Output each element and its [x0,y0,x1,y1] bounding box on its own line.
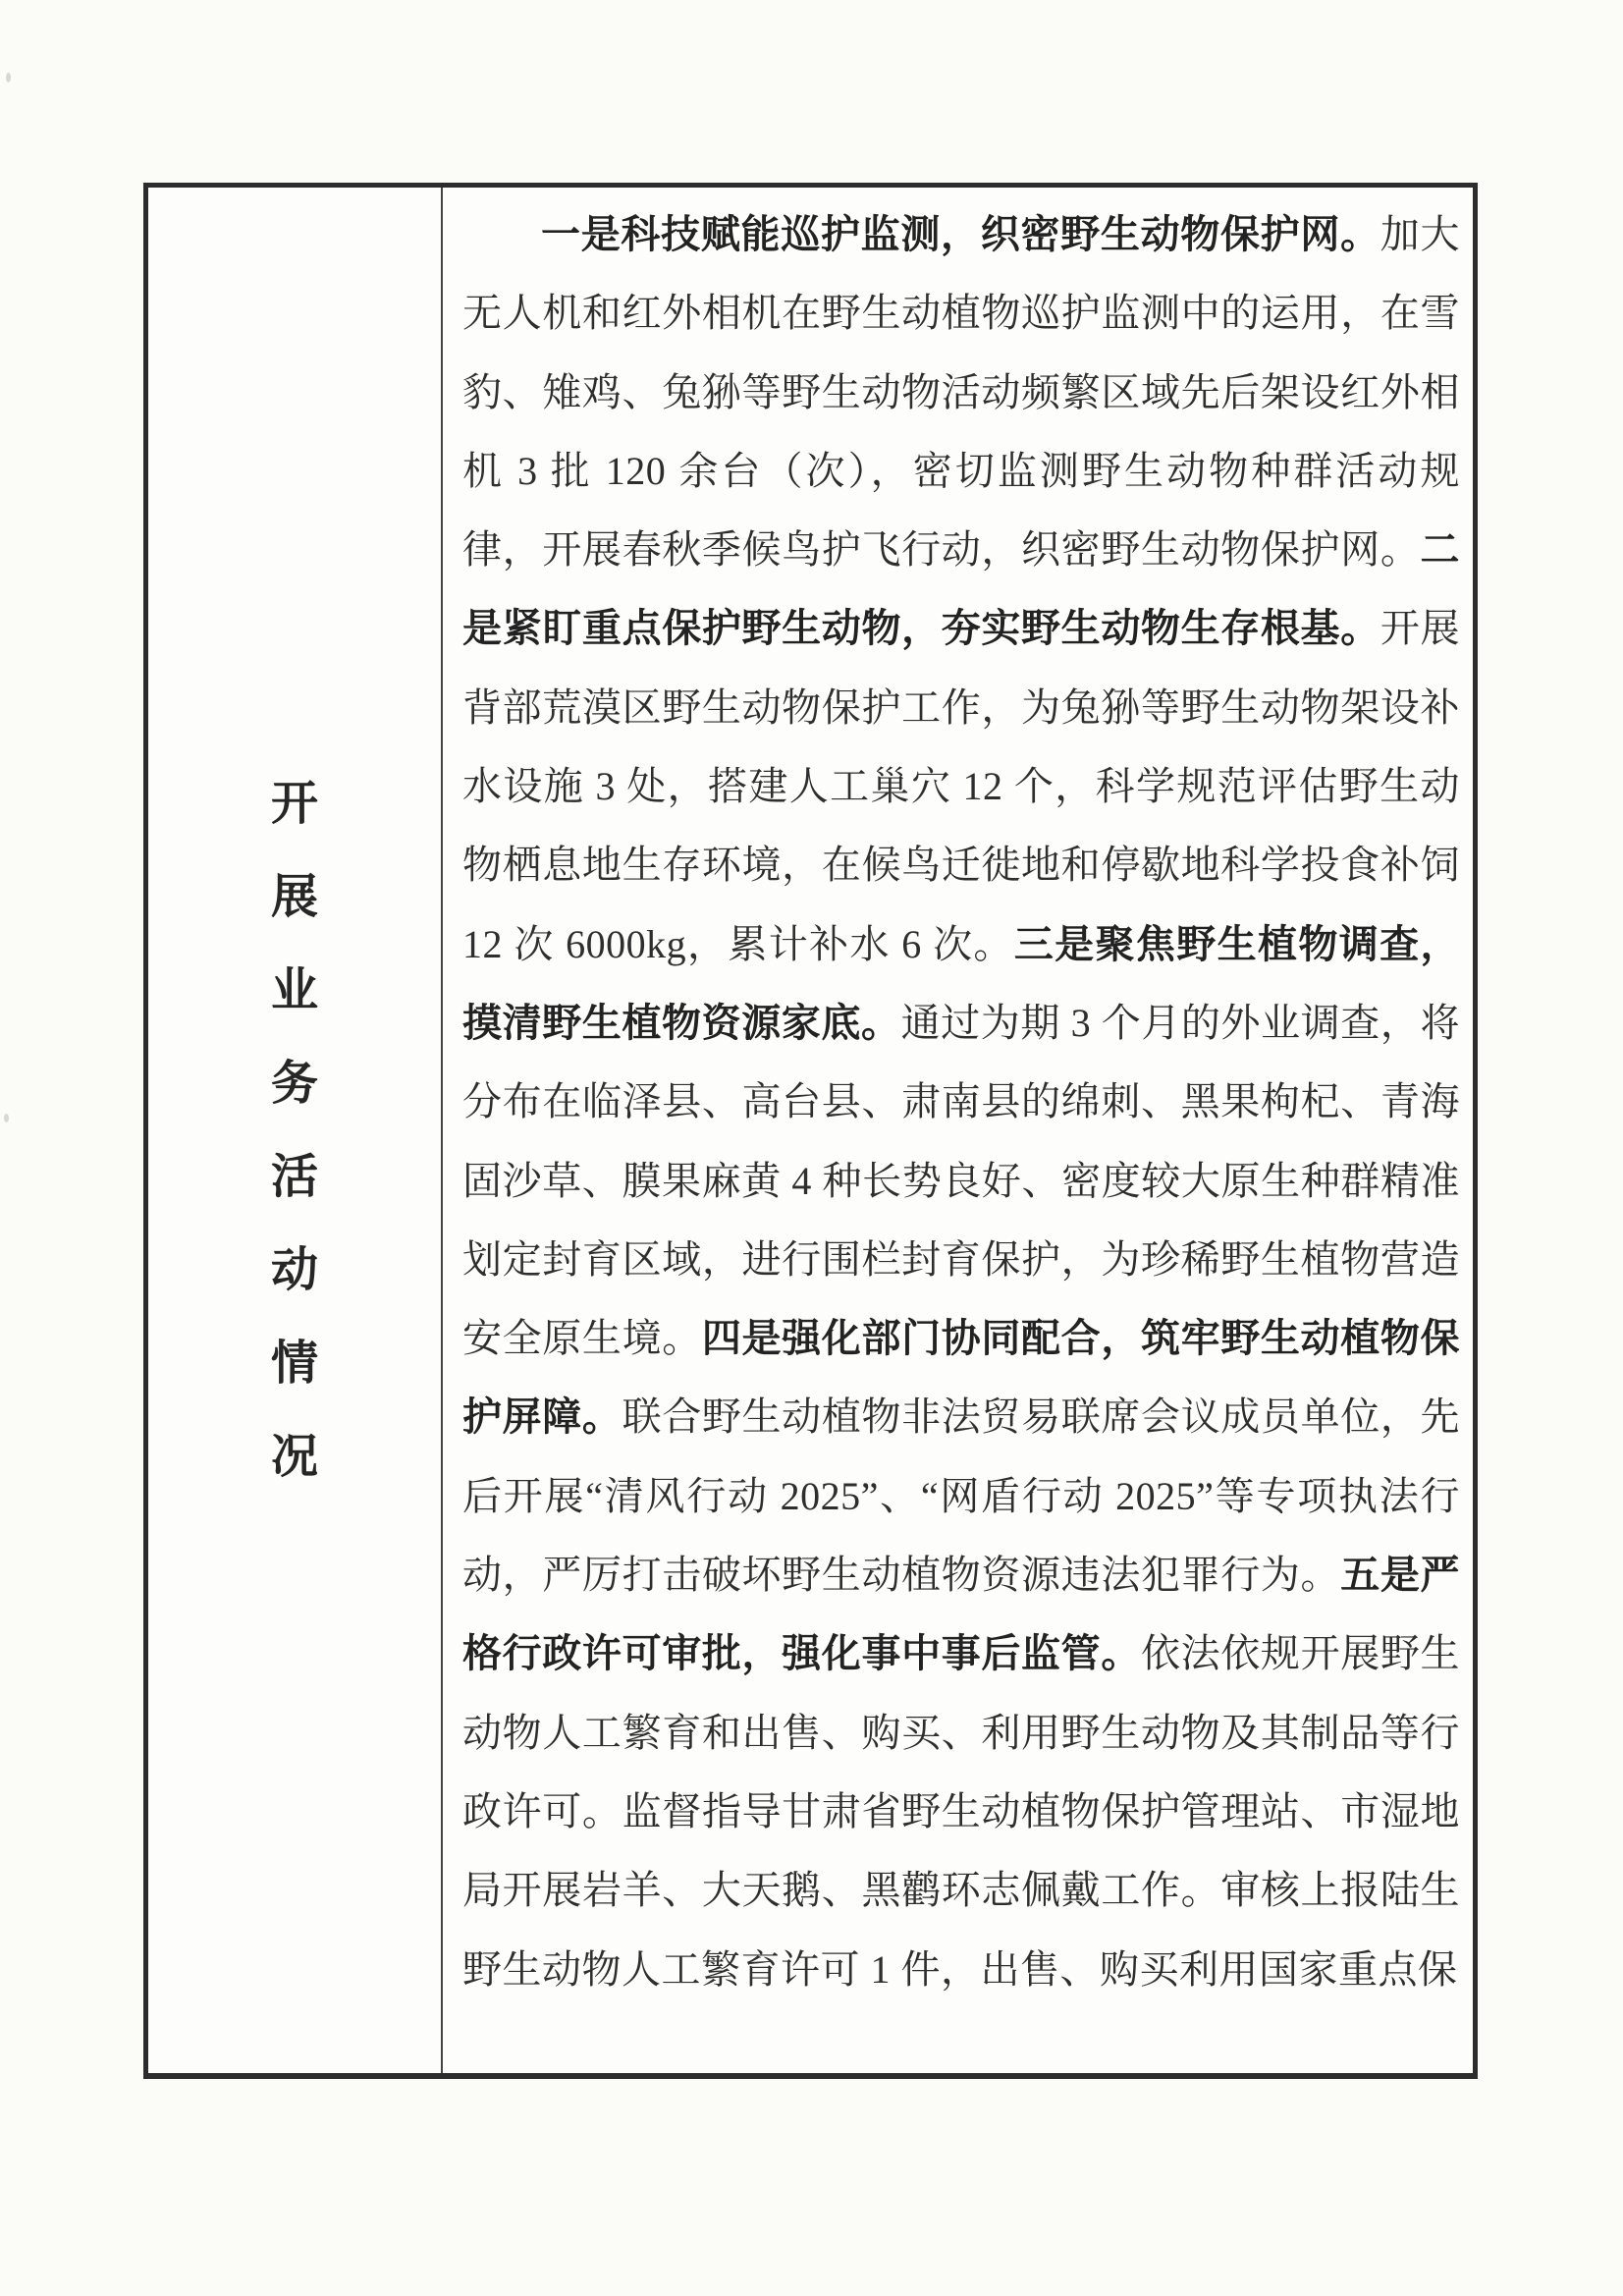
scan-speck [6,73,11,82]
text-segment: 通过为期 3 个月的外业调查，将分布在临泽县、高台县、肃南县的绵刺、黑果枸杞、青… [462,1001,1460,1360]
section-label-char: 开 [271,757,318,850]
document-page: 开展业务活动情况 一是科技赋能巡护监测，织密野生动物保护网。加大无人机和红外相机… [0,0,1623,2296]
report-table: 开展业务活动情况 一是科技赋能巡护监测，织密野生动物保护网。加大无人机和红外相机… [143,183,1478,2079]
section-label-char: 况 [271,1410,318,1503]
section-label: 开展业务活动情况 [271,757,318,1503]
text-segment: 依法依规开展野生动物人工繁育和出售、购买、利用野生动物及其制品等行政许可。监督指… [462,1631,1460,1991]
text-segment: 加大无人机和红外相机在野生动植物巡护监测中的运用，在雪豹、雉鸡、兔狲等野生动物活… [462,212,1460,572]
section-content-cell: 一是科技赋能巡护监测，织密野生动物保护网。加大无人机和红外相机在野生动植物巡护监… [443,188,1473,2073]
section-label-char: 活 [271,1130,318,1224]
section-label-cell: 开展业务活动情况 [148,188,443,2073]
text-segment: 开展背部荒漠区野生动物保护工作，为兔狲等野生动物架设补水设施 3 处，搭建人工巢… [462,606,1460,965]
emphasis-segment: 一是科技赋能巡护监测，织密野生动物保护网。 [541,212,1380,256]
section-label-char: 情 [271,1317,318,1410]
section-label-char: 务 [271,1037,318,1130]
report-paragraph: 一是科技赋能巡护监测，织密野生动物保护网。加大无人机和红外相机在野生动植物巡护监… [462,195,1460,2009]
section-label-char: 业 [271,944,318,1037]
scan-speck [4,1114,9,1122]
section-label-char: 动 [271,1224,318,1317]
section-label-char: 展 [271,850,318,944]
